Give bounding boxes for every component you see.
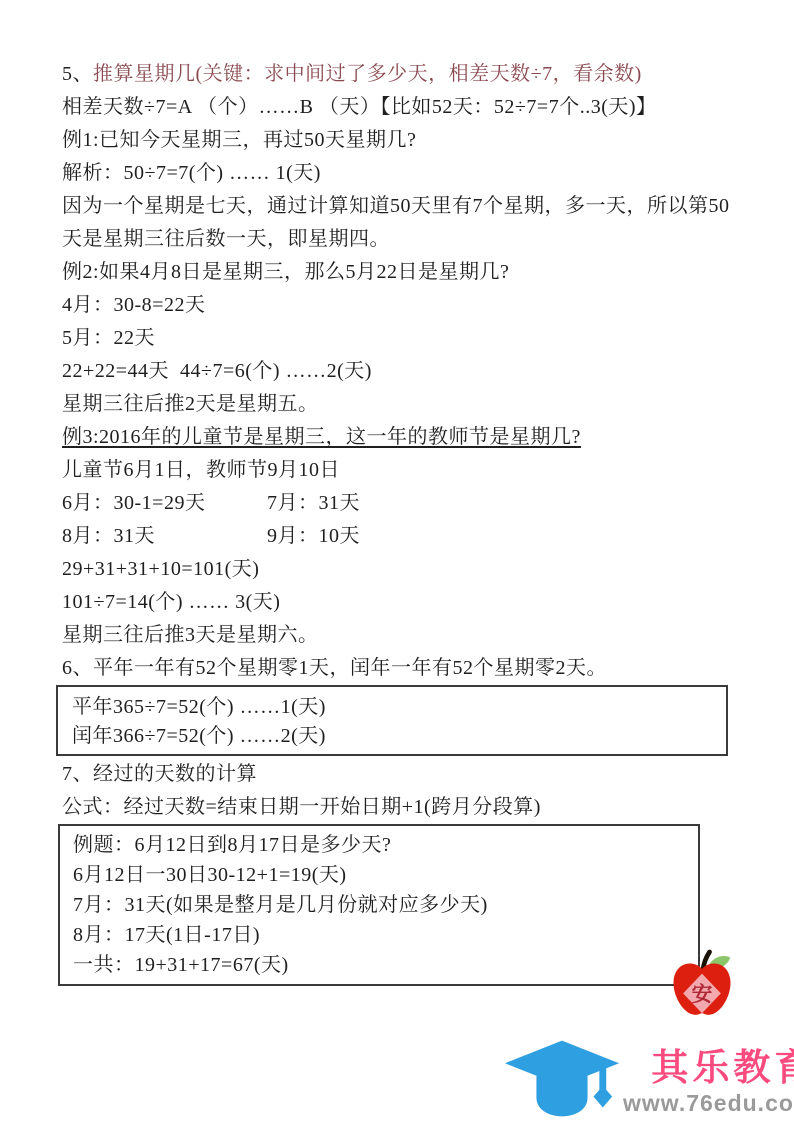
example3-july-days: 7月：31天 xyxy=(267,492,360,514)
example3-september-days: 9月：10天 xyxy=(267,525,360,547)
example3-question: 例3:2016年的儿童节是星期三，这一年的教师节是星期几? xyxy=(62,421,730,454)
common-year-line: 平年365÷7=52(个) ……1(天) xyxy=(72,693,718,722)
section-7-number: 7、 xyxy=(62,763,93,785)
highlight-box-example: 例题：6月12日到8月17日是多少天? 6月12日一30日30-12+1=19(… xyxy=(58,824,700,986)
leap-year-line: 闰年366÷7=52(个) ……2(天) xyxy=(72,722,718,751)
section-5-title: 推算星期几(关键：求中间过了多少天，相差天数÷7，看余数) xyxy=(93,63,642,85)
example2-division: 44÷7=6(个) ……2(天) xyxy=(180,360,372,382)
highlight-box-year-weeks: 平年365÷7=52(个) ……1(天) 闰年366÷7=52(个) ……2(天… xyxy=(56,685,728,756)
section-7-title: 经过的天数的计算 xyxy=(93,763,257,785)
example2-sum: 22+22=44天 xyxy=(62,355,180,388)
site-logo-text: 其乐教育 www.76edu.com xyxy=(623,1038,794,1117)
site-url: www.76edu.com xyxy=(623,1090,794,1117)
example1-solution: 解析：50÷7=7(个) …… 1(天) xyxy=(62,157,730,190)
boxed-example-july: 7月：31天(如果是整月是几月份就对应多少天) xyxy=(73,890,690,920)
example3-answer: 星期三往后推3天是星期六。 xyxy=(62,619,730,652)
example1-question: 例1:已知今天星期三，再过50天星期几? xyxy=(62,124,730,157)
section-7-heading: 7、经过的天数的计算 xyxy=(62,758,730,791)
document-content: 5、推算星期几(关键：求中间过了多少天，相差天数÷7，看余数) 相差天数÷7=A… xyxy=(62,58,730,986)
apple-character: 安 xyxy=(692,982,713,1006)
boxed-example-august: 8月：17天(1日-17日) xyxy=(73,920,690,950)
site-logo: 其乐教育 www.76edu.com xyxy=(503,1038,794,1118)
example3-june-days: 6月：30-1=29天 xyxy=(62,487,267,520)
example3-aug-sep-line: 8月：31天9月：10天 xyxy=(62,520,730,553)
boxed-example-june: 6月12日一30日30-12+1=19(天) xyxy=(73,860,690,890)
section-5-number: 5、 xyxy=(62,63,93,85)
example2-may-days: 5月：22天 xyxy=(62,322,730,355)
example2-sum-line: 22+22=44天44÷7=6(个) ……2(天) xyxy=(62,355,730,388)
weekday-formula-line: 相差天数÷7=A （个）……B （天）【比如52天：52÷7=7个..3(天)】 xyxy=(62,91,730,124)
example3-division: 101÷7=14(个) …… 3(天) xyxy=(62,586,730,619)
example3-jun-jul-line: 6月：30-1=29天7月：31天 xyxy=(62,487,730,520)
cap-tassel-bead xyxy=(593,1086,612,1108)
example1-explanation: 因为一个星期是七天，通过计算知道50天里有7个星期，多一天，所以第50天是星期三… xyxy=(62,190,730,256)
graduation-cap-icon xyxy=(503,1038,621,1118)
example3-total: 29+31+31+10=101(天) xyxy=(62,553,730,586)
apple-seal-svg: 安 xyxy=(669,948,735,1020)
section-6-heading: 6、平年一年有52个星期零1天，闰年一年有52个星期零2天。 xyxy=(62,652,730,685)
section-5-heading: 5、推算星期几(关键：求中间过了多少天，相差天数÷7，看余数) xyxy=(62,58,730,91)
brand-name: 其乐教育 xyxy=(651,1048,794,1088)
example2-april-days: 4月：30-8=22天 xyxy=(62,289,730,322)
example3-august-days: 8月：31天 xyxy=(62,520,267,553)
boxed-example-question: 例题：6月12日到8月17日是多少天? xyxy=(73,830,690,860)
boxed-example-total: 一共：19+31+17=67(天) xyxy=(73,950,690,980)
example2-question: 例2:如果4月8日是星期三，那么5月22日是星期几? xyxy=(62,256,730,289)
section-6-number: 6、 xyxy=(62,657,93,679)
section-6-title: 平年一年有52个星期零1天，闰年一年有52个星期零2天。 xyxy=(93,657,607,679)
document-page: 5、推算星期几(关键：求中间过了多少天，相差天数÷7，看余数) 相差天数÷7=A… xyxy=(0,0,794,1122)
example2-answer: 星期三往后推2天是星期五。 xyxy=(62,388,730,421)
example3-festival-dates: 儿童节6月1日，教师节9月10日 xyxy=(62,454,730,487)
elapsed-days-formula: 公式：经过天数=结束日期一开始日期+1(跨月分段算) xyxy=(62,791,730,824)
apple-seal-icon: 安 xyxy=(669,948,735,1020)
